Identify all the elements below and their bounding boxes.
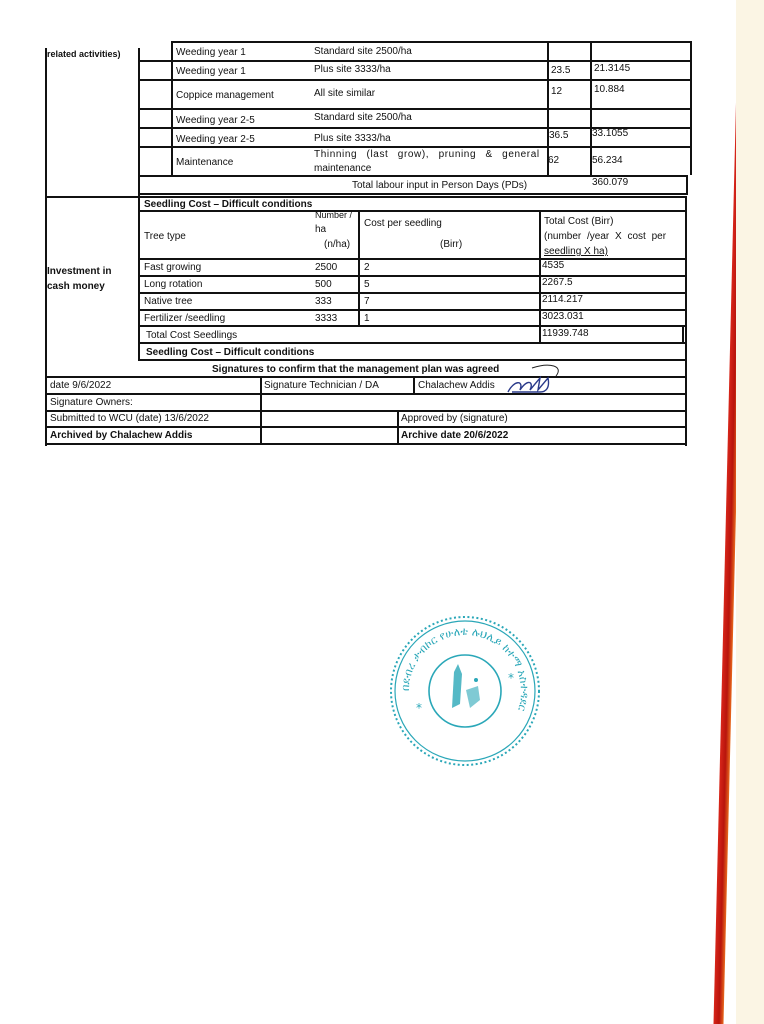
- labour-activity: Weeding year 1: [176, 66, 246, 78]
- archive-date: Archive date 20/6/2022: [401, 430, 508, 442]
- technician-label: Signature Technician / DA: [264, 380, 379, 392]
- labour-site: Thinning (last grow), pruning & general: [314, 149, 540, 161]
- tree-cost: 7: [364, 296, 370, 308]
- col-number: ha: [315, 224, 326, 236]
- col-tree-type: Tree type: [144, 231, 186, 243]
- tree-type: Native tree: [144, 296, 192, 308]
- labour-site: All site similar: [314, 88, 375, 100]
- tree-cost: 2: [364, 262, 370, 274]
- tree-number: 3333: [315, 313, 337, 325]
- labour-activity: Coppice management: [176, 90, 274, 102]
- agreement-date: date 9/6/2022: [50, 380, 111, 392]
- submitted-date: Submitted to WCU (date) 13/6/2022: [50, 413, 209, 425]
- col-total: seedling X ha): [544, 246, 608, 258]
- owners-signature-label: Signature Owners:: [50, 397, 133, 409]
- tree-type: Fast growing: [144, 262, 201, 274]
- labour-days: 62: [548, 155, 559, 167]
- background-strip: [736, 0, 764, 1024]
- tree-total: 4535: [542, 260, 564, 272]
- labour-site: Plus site 3333/ha: [314, 133, 391, 145]
- col-number: (n/ha): [324, 239, 350, 251]
- tree-number: 2500: [315, 262, 337, 274]
- total-cost-value: 11939.748: [542, 328, 589, 340]
- labour-total-value: 360.079: [592, 177, 628, 189]
- tree-cost: 1: [364, 313, 370, 325]
- col-cost: Cost per seedling: [364, 218, 442, 230]
- labour-activity: Weeding year 2-5: [176, 134, 255, 146]
- section-label-investment: cash money: [47, 281, 105, 293]
- total-cost-label: Total Cost Seedlings: [146, 330, 237, 342]
- tree-number: 333: [315, 296, 332, 308]
- signature-scribble-icon: [500, 362, 570, 398]
- labour-pd: 21.3145: [594, 63, 630, 75]
- col-cost: (Birr): [440, 239, 462, 251]
- tree-type: Fertilizer /seedling: [144, 313, 225, 325]
- tree-total: 3023.031: [542, 311, 584, 323]
- technician-name: Chalachew Addis: [418, 380, 495, 392]
- labour-activity: Maintenance: [176, 157, 233, 169]
- section-label-investment: Investment in: [47, 266, 111, 278]
- approved-by: Approved by (signature): [401, 413, 508, 425]
- tree-total: 2114.217: [542, 294, 583, 306]
- labour-site: Plus site 3333/ha: [314, 64, 391, 76]
- official-stamp-icon: በደብረ ታብኮር የሁለቴ ሉህሊይ ከተማ አስተዳደር * *: [386, 612, 544, 770]
- labour-site: maintenance: [314, 163, 371, 175]
- labour-site: Standard site 2500/ha: [314, 46, 412, 58]
- seedling-cost-footer: Seedling Cost – Difficult conditions: [146, 347, 314, 359]
- col-total: Total Cost (Birr): [544, 216, 613, 228]
- signatures-title: Signatures to confirm that the managemen…: [212, 364, 499, 376]
- svg-text:*: *: [508, 671, 514, 685]
- archived-by: Archived by Chalachew Addis: [50, 430, 192, 442]
- col-number: Number /: [315, 210, 352, 220]
- labour-days: 36.5: [549, 130, 568, 142]
- labour-pd: 56.234: [592, 155, 623, 167]
- tree-cost: 5: [364, 279, 370, 291]
- labour-days: 12: [551, 86, 562, 98]
- labour-site: Standard site 2500/ha: [314, 112, 412, 124]
- tree-total: 2267.5: [542, 277, 573, 289]
- labour-activity: Weeding year 2-5: [176, 115, 255, 127]
- svg-text:*: *: [416, 701, 422, 715]
- labour-pd: 33.1055: [592, 128, 628, 140]
- labour-pd: 10.884: [594, 84, 625, 96]
- section-label-labour: related activities): [47, 48, 121, 60]
- labour-days: 23.5: [551, 65, 570, 77]
- labour-total-label: Total labour input in Person Days (PDs): [352, 180, 527, 192]
- tree-type: Long rotation: [144, 279, 202, 291]
- col-total: (number /year X cost per: [544, 231, 666, 243]
- labour-activity: Weeding year 1: [176, 47, 246, 59]
- tree-number: 500: [315, 279, 332, 291]
